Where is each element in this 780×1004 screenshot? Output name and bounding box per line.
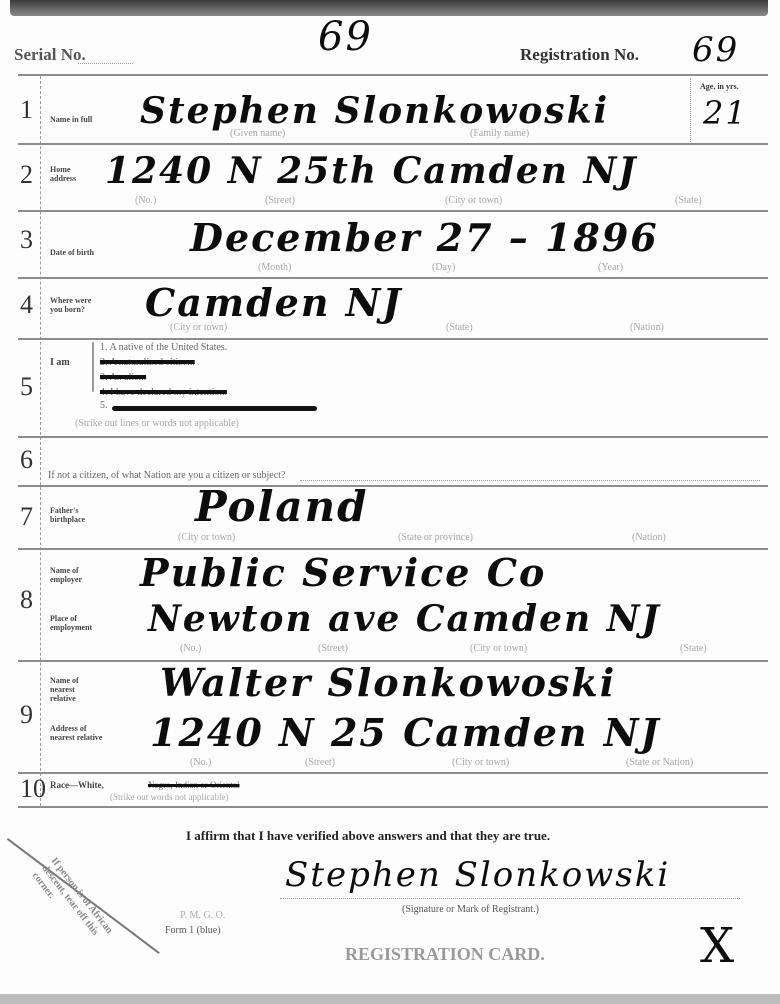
corner-note: If person is of African descent, tear of… xyxy=(29,856,125,965)
caption: (State or province) xyxy=(398,532,473,543)
row-number: 6 xyxy=(20,445,33,475)
caption: (State or Nation) xyxy=(626,757,693,768)
strike-note: (Strike out lines or words not applicabl… xyxy=(75,418,239,429)
nearest-relative-value: Walter Slonkowoski xyxy=(160,660,616,705)
citizenship-option-1: 1. A native of the United States. xyxy=(100,342,227,353)
name-value: Stephen Slonkowoski xyxy=(140,90,609,132)
divider xyxy=(18,485,768,487)
serial-handwritten: 69 xyxy=(318,14,373,60)
divider xyxy=(18,74,768,76)
caption: (Nation) xyxy=(632,532,666,543)
registration-value: 69 xyxy=(692,30,739,70)
divider xyxy=(18,436,768,438)
row-number: 10 xyxy=(20,774,46,804)
answer-line xyxy=(300,480,760,481)
pmgo-label: P. M. G. O. xyxy=(180,910,225,921)
strike-mark xyxy=(112,406,317,411)
row-number: 5 xyxy=(20,372,33,402)
divider xyxy=(18,338,768,340)
serial-line xyxy=(78,63,133,64)
caption: (City or town) xyxy=(445,195,502,206)
citizenship-option-3: 3. An alien. xyxy=(100,372,146,383)
age-value: 21 xyxy=(703,94,748,132)
card-title: REGISTRATION CARD. xyxy=(345,944,545,965)
dob-value: December 27 – 1896 xyxy=(190,215,659,260)
caption: (Street) xyxy=(305,757,335,768)
employer-label: Name of employer xyxy=(50,566,98,584)
family-name-caption: (Family name) xyxy=(470,128,529,139)
scan-bottom-border xyxy=(0,994,780,1004)
divider xyxy=(18,210,768,212)
divider xyxy=(18,806,768,808)
employment-place-label: Place of employment xyxy=(50,614,102,632)
divider xyxy=(18,277,768,279)
divider xyxy=(18,143,768,145)
row-number: 7 xyxy=(20,502,33,532)
home-address-label: Home address xyxy=(50,165,98,183)
caption: (Year) xyxy=(598,262,623,273)
row-number: 2 xyxy=(20,160,33,190)
form-label: Form 1 (blue) xyxy=(165,925,221,936)
caption: (State) xyxy=(446,322,473,333)
home-address-value: 1240 N 25th Camden NJ xyxy=(105,150,637,192)
relative-address-value: 1240 N 25 Camden NJ xyxy=(150,710,660,755)
citizenship-label: I am xyxy=(50,358,70,367)
caption: (Nation) xyxy=(630,322,664,333)
citizenship-option-4: 4. I have declared my intention. xyxy=(100,387,310,398)
race-struck-options: Negro, Indian or Oriental xyxy=(148,780,239,790)
caption: (State) xyxy=(680,643,707,654)
row-number: 3 xyxy=(20,225,33,255)
row-number: 4 xyxy=(20,290,33,320)
signature-line xyxy=(280,898,740,899)
caption: (State) xyxy=(675,195,702,206)
registrant-signature: Stephen Slonkowski xyxy=(285,855,670,895)
citizenship-option-2: 2. A naturalized citizen. xyxy=(100,357,195,368)
caption: (Month) xyxy=(258,262,291,273)
row-number: 8 xyxy=(20,585,33,615)
caption: (No.) xyxy=(135,195,156,206)
caption: (City or town) xyxy=(452,757,509,768)
caption: (No.) xyxy=(190,757,211,768)
nearest-relative-label: Name of nearest relative xyxy=(50,676,102,703)
scan-top-border xyxy=(10,0,768,16)
row-number: 9 xyxy=(20,700,33,730)
divider xyxy=(18,772,768,774)
given-name-caption: (Given name) xyxy=(230,128,285,139)
dob-label: Date of birth xyxy=(50,248,94,257)
father-birthplace-label: Father's birthplace xyxy=(50,506,98,524)
strike-note: (Strike out words not applicable) xyxy=(110,792,228,802)
employment-place-value: Newton ave Camden NJ xyxy=(148,598,661,640)
caption: (City or town) xyxy=(470,643,527,654)
signature-caption: (Signature or Mark of Registrant.) xyxy=(402,904,539,915)
caption: (Street) xyxy=(265,195,295,206)
race-label: Race—White, xyxy=(50,781,104,790)
caption: (City or town) xyxy=(170,322,227,333)
row-number: 1 xyxy=(20,95,33,125)
caption: (Day) xyxy=(432,262,455,273)
name-label: Name in full xyxy=(50,115,92,124)
registration-label: Registration No. xyxy=(520,45,639,65)
age-divider xyxy=(690,78,691,142)
birthplace-label: Where were you born? xyxy=(50,296,98,314)
relative-address-label: Address of nearest relative xyxy=(50,724,108,742)
brace xyxy=(92,342,94,392)
birthplace-value: Camden NJ xyxy=(145,280,402,325)
age-label: Age, in yrs. xyxy=(700,82,739,91)
employer-value: Public Service Co xyxy=(140,550,546,595)
serial-label: Serial No. xyxy=(14,45,86,65)
x-mark: X xyxy=(700,918,736,974)
citizenship-option-5: 5. xyxy=(100,400,108,411)
caption: (No.) xyxy=(180,643,201,654)
affirmation-text: I affirm that I have verified above answ… xyxy=(186,828,550,844)
caption: (Street) xyxy=(318,643,348,654)
nation-question: If not a citizen, of what Nation are you… xyxy=(48,470,285,481)
caption: (City or town) xyxy=(178,532,235,543)
father-birthplace-value: Poland xyxy=(195,482,369,531)
margin-line xyxy=(40,76,41,806)
